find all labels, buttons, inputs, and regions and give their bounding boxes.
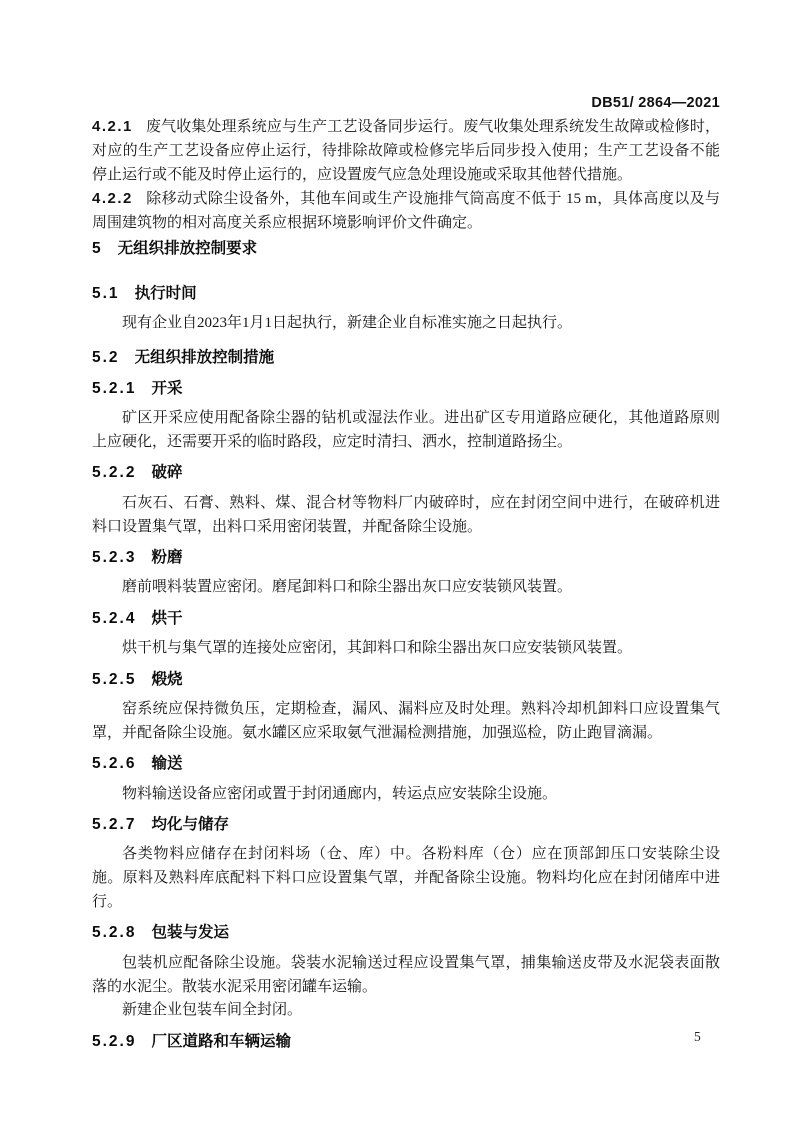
heading-title: 煅烧 <box>151 671 182 688</box>
heading-title: 开采 <box>151 380 182 397</box>
clause-text: 废气收集处理系统应与生产工艺设备同步运行。废气收集处理系统发生故障或检修时，对应… <box>92 119 720 183</box>
section-heading-5-2-7: 5.2.7均化与储存 <box>92 813 720 837</box>
document-page: DB51/ 2864—2021 4.2.1废气收集处理系统应与生产工艺设备同步运… <box>0 0 793 1122</box>
heading-title: 破碎 <box>151 464 182 481</box>
body-paragraph: 矿区开采应使用配备除尘器的钻机或湿法作业。进出矿区专用道路应硬化，其他道路原则上… <box>92 407 720 455</box>
heading-title: 均化与储存 <box>151 816 229 833</box>
section-heading-5-2-8: 5.2.8包装与发运 <box>92 921 720 945</box>
heading-number: 5.2.4 <box>92 610 151 627</box>
body-paragraph: 石灰石、石膏、熟料、煤、混合材等物料厂内破碎时，应在封闭空间中进行，在破碎机进料… <box>92 492 720 540</box>
heading-number: 5.2.5 <box>92 671 151 688</box>
section-heading-5-2-9: 5.2.9厂区道路和车辆运输 <box>92 1030 720 1054</box>
clause-number: 4.2.2 <box>92 190 146 207</box>
clause-number: 4.2.1 <box>92 118 146 135</box>
body-paragraph: 窑系统应保持微负压，定期检查，漏风、漏料应及时处理。熟料冷却机卸料口应设置集气罩… <box>92 698 720 746</box>
section-heading-5-2-4: 5.2.4烘干 <box>92 607 720 631</box>
body-paragraph: 现有企业自2023年1月1日起执行，新建企业自标准实施之日起执行。 <box>92 312 720 336</box>
section-heading-5: 5无组织排放控制要求 <box>92 237 720 261</box>
heading-number: 5.2.2 <box>92 464 151 481</box>
section-heading-5-2-5: 5.2.5煅烧 <box>92 668 720 692</box>
heading-number: 5.1 <box>92 285 135 302</box>
body-paragraph: 物料输送设备应密闭或置于封闭通廊内，转运点应安装除尘设施。 <box>92 783 720 807</box>
heading-number: 5.2.1 <box>92 380 151 397</box>
standard-code: DB51/ 2864—2021 <box>591 95 720 111</box>
page-content: DB51/ 2864—2021 4.2.1废气收集处理系统应与生产工艺设备同步运… <box>92 95 720 1054</box>
clause-4-2-1: 4.2.1废气收集处理系统应与生产工艺设备同步运行。废气收集处理系统发生故障或检… <box>92 115 720 187</box>
heading-number: 5 <box>92 240 118 257</box>
section-heading-5-2-6: 5.2.6输送 <box>92 752 720 776</box>
heading-number: 5.2.8 <box>92 924 151 941</box>
heading-number: 5.2.9 <box>92 1033 151 1050</box>
body-paragraph: 包装机应配备除尘设施。袋装水泥输送过程应设置集气罩，捕集输送皮带及水泥袋表面散落… <box>92 952 720 1000</box>
heading-title: 无组织排放控制措施 <box>135 349 275 366</box>
heading-number: 5.2.3 <box>92 549 151 566</box>
clause-text: 除移动式除尘设备外，其他车间或生产设施排气筒高度不低于 15 m，具体高度以及与… <box>92 191 720 231</box>
section-heading-5-2-1: 5.2.1开采 <box>92 377 720 401</box>
section-heading-5-2-3: 5.2.3粉磨 <box>92 546 720 570</box>
page-number: 5 <box>694 1029 701 1045</box>
heading-title: 执行时间 <box>135 285 197 302</box>
heading-title: 烘干 <box>151 610 182 627</box>
heading-title: 无组织排放控制要求 <box>118 240 258 257</box>
heading-title: 粉磨 <box>151 549 182 566</box>
standard-code-header: DB51/ 2864—2021 <box>92 95 720 112</box>
heading-title: 包装与发运 <box>151 924 229 941</box>
section-heading-5-1: 5.1执行时间 <box>92 282 720 306</box>
heading-title: 厂区道路和车辆运输 <box>151 1033 291 1050</box>
body-paragraph: 各类物料应储存在封闭料场（仓、库）中。各粉料库（仓）应在顶部卸压口安装除尘设施。… <box>92 843 720 914</box>
heading-number: 5.2.6 <box>92 755 151 772</box>
section-heading-5-2: 5.2无组织排放控制措施 <box>92 346 720 370</box>
section-heading-5-2-2: 5.2.2破碎 <box>92 461 720 485</box>
body-paragraph: 新建企业包装车间全封闭。 <box>92 999 720 1023</box>
heading-number: 5.2 <box>92 349 135 366</box>
body-paragraph: 烘干机与集气罩的连接处应密闭，其卸料口和除尘器出灰口应安装锁风装置。 <box>92 637 720 661</box>
heading-number: 5.2.7 <box>92 816 151 833</box>
clause-4-2-2: 4.2.2除移动式除尘设备外，其他车间或生产设施排气筒高度不低于 15 m，具体… <box>92 187 720 236</box>
body-paragraph: 磨前喂料装置应密闭。磨尾卸料口和除尘器出灰口应安装锁风装置。 <box>92 576 720 600</box>
heading-title: 输送 <box>151 755 182 772</box>
